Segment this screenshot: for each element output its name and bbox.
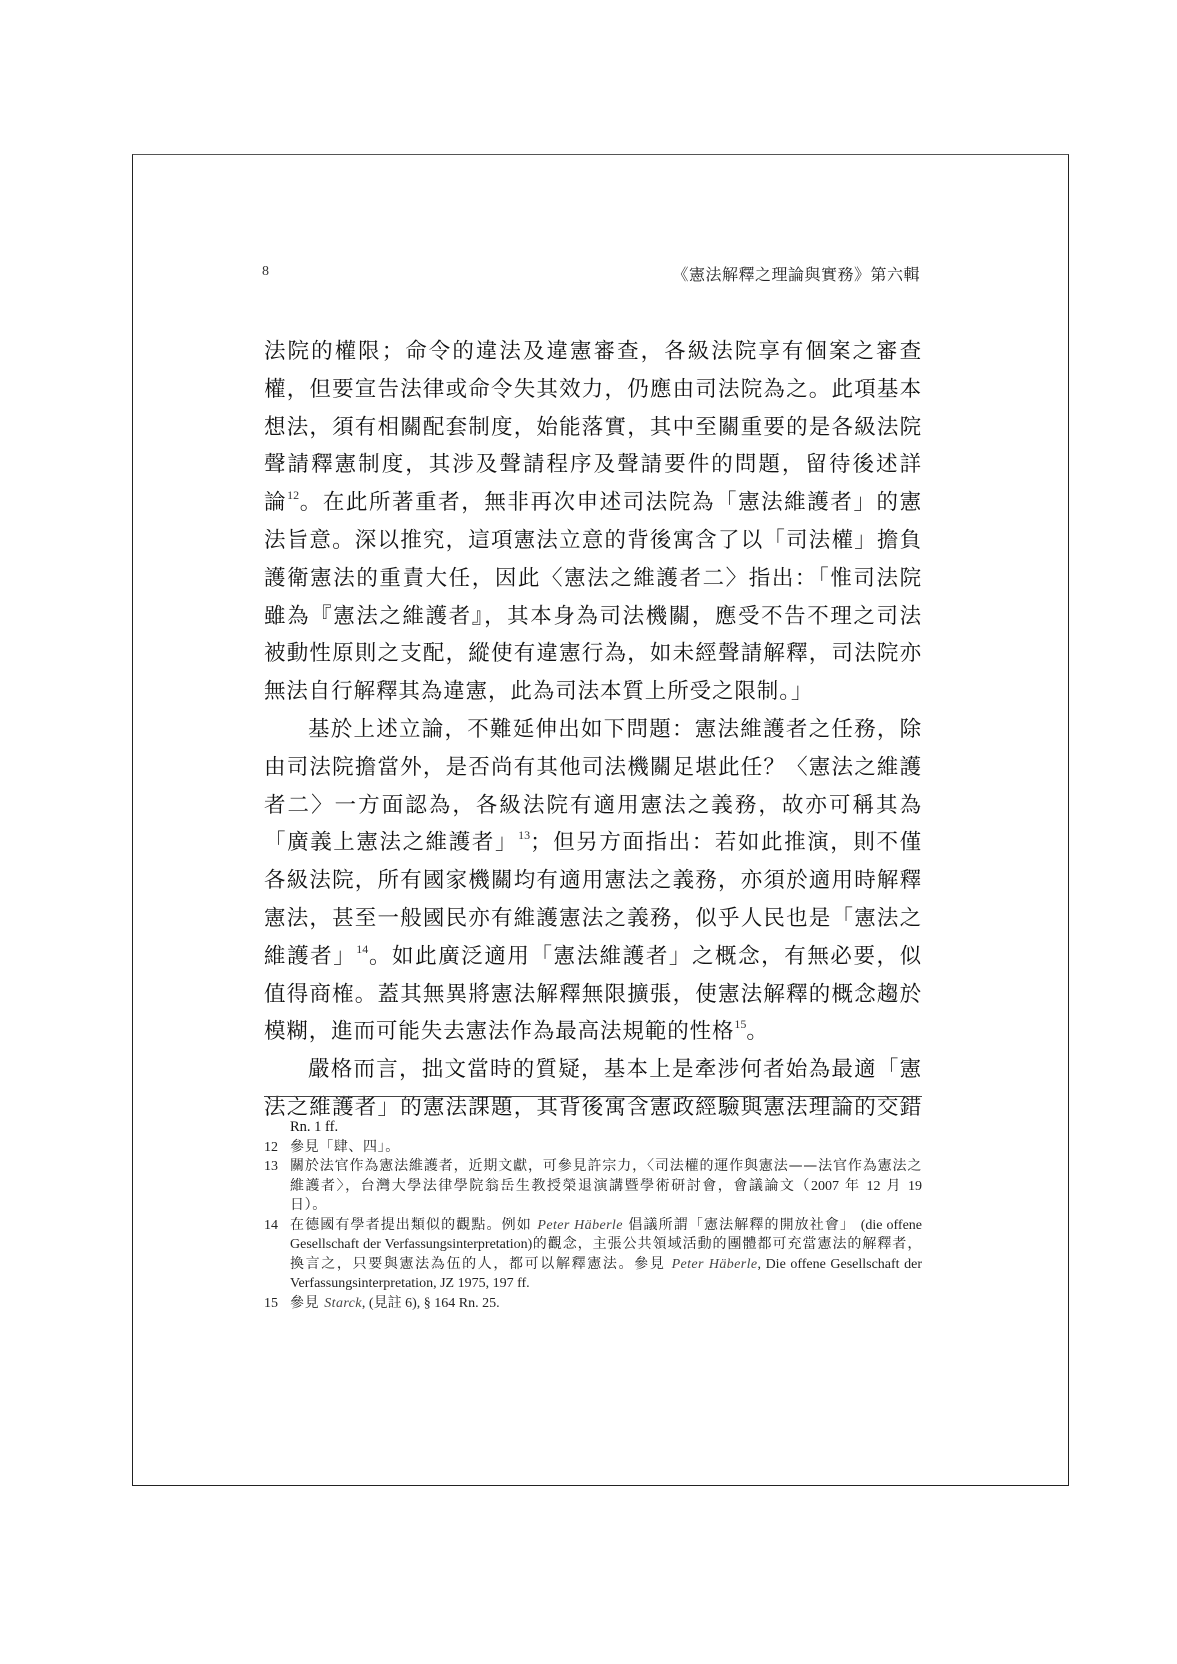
body-line: 憲法，甚至一般國民亦有維護憲法之義務，似乎人民也是「憲法之 bbox=[264, 900, 922, 938]
body-line: 值得商榷。蓋其無異將憲法解釋無限擴張，使憲法解釋的概念趨於 bbox=[264, 976, 922, 1014]
body-text: 法院的權限；命令的違法及違憲審查，各級法院享有個案之審查 權，但要宣告法律或命令… bbox=[264, 333, 922, 1127]
body-line: 論12。在此所著重者，無非再次申述司法院為「憲法維護者」的憲 bbox=[264, 484, 922, 522]
footnote-number: 15 bbox=[264, 1294, 278, 1314]
body-line: 想法，須有相關配套制度，始能落實，其中至關重要的是各級法院 bbox=[264, 409, 922, 447]
footnote-separator bbox=[264, 1096, 922, 1097]
body-line: 權，但要宣告法律或命令失其效力，仍應由司法院為之。此項基本 bbox=[264, 371, 922, 409]
page-header: 8 《憲法解釋之理論與實務》第六輯 bbox=[262, 262, 920, 286]
footnote-13: 13 關於法官作為憲法維護者，近期文獻，可參見許宗力，〈司法權的運作與憲法——法… bbox=[264, 1157, 922, 1216]
body-line: 者二〉一方面認為，各級法院有適用憲法之義務，故亦可稱其為 bbox=[264, 787, 922, 825]
footnote-number: 12 bbox=[264, 1138, 278, 1158]
footnote-number: 13 bbox=[264, 1157, 278, 1177]
body-line: 各級法院，所有國家機關均有適用憲法之義務，亦須於適用時解釋 bbox=[264, 862, 922, 900]
footnote-14: 14 在德國有學者提出類似的觀點。例如 Peter Häberle 倡議所謂「憲… bbox=[264, 1216, 922, 1294]
footnote-12: 12 參見「肆、四」。 bbox=[264, 1138, 922, 1158]
footnote-ref[interactable]: 14 bbox=[356, 942, 368, 956]
body-line: 護衛憲法的重責大任，因此〈憲法之維護者二〉指出：「惟司法院 bbox=[264, 560, 922, 598]
author-name: Peter Häberle bbox=[537, 1218, 622, 1233]
body-line: 維護者」14。如此廣泛適用「憲法維護者」之概念，有無必要，似 bbox=[264, 938, 922, 976]
body-line: 由司法院擔當外，是否尚有其他司法機關足堪此任？〈憲法之維護 bbox=[264, 749, 922, 787]
footnote-text: 參見「肆、四」。 bbox=[290, 1138, 922, 1158]
body-line: 被動性原則之支配，縱使有違憲行為，如未經聲請解釋，司法院亦 bbox=[264, 635, 922, 673]
footnote-text: 參見 Starck, (見註 6), § 164 Rn. 25. bbox=[290, 1294, 922, 1314]
footnote-ref[interactable]: 15 bbox=[734, 1017, 746, 1031]
body-line: 嚴格而言，拙文當時的質疑，基本上是牽涉何者始為最適「憲 bbox=[264, 1051, 922, 1089]
footnote-ref[interactable]: 12 bbox=[287, 488, 299, 502]
footnote-15: 15 參見 Starck, (見註 6), § 164 Rn. 25. bbox=[264, 1294, 922, 1314]
running-title: 《憲法解釋之理論與實務》第六輯 bbox=[672, 262, 920, 285]
body-line: 雖為『憲法之維護者』，其本身為司法機關，應受不告不理之司法 bbox=[264, 598, 922, 636]
author-name: Starck bbox=[324, 1296, 362, 1311]
body-line: 模糊，進而可能失去憲法作為最高法規範的性格15。 bbox=[264, 1013, 922, 1051]
body-line: 基於上述立論，不難延伸出如下問題：憲法維護者之任務，除 bbox=[264, 711, 922, 749]
body-line: 法院的權限；命令的違法及違憲審查，各級法院享有個案之審查 bbox=[264, 333, 922, 371]
footnote-ref[interactable]: 13 bbox=[518, 828, 530, 842]
footnote-number: 14 bbox=[264, 1216, 278, 1236]
body-line: 無法自行解釋其為違憲，此為司法本質上所受之限制。」 bbox=[264, 673, 922, 711]
body-line: 「廣義上憲法之維護者」13；但另方面指出：若如此推演，則不僅 bbox=[264, 824, 922, 862]
footnote-continuation: Rn. 1 ff. bbox=[264, 1118, 922, 1138]
footnotes: Rn. 1 ff. 12 參見「肆、四」。 13 關於法官作為憲法維護者，近期文… bbox=[264, 1118, 922, 1313]
author-name: Peter Häberle bbox=[672, 1257, 758, 1272]
footnote-text: 關於法官作為憲法維護者，近期文獻，可參見許宗力，〈司法權的運作與憲法——法官作為… bbox=[290, 1157, 922, 1216]
footnote-text: 在德國有學者提出類似的觀點。例如 Peter Häberle 倡議所謂「憲法解釋… bbox=[290, 1216, 922, 1294]
page-number: 8 bbox=[262, 264, 269, 280]
body-line: 聲請釋憲制度，其涉及聲請程序及聲請要件的問題，留待後述詳 bbox=[264, 446, 922, 484]
body-line: 法旨意。深以推究，這項憲法立意的背後寓含了以「司法權」擔負 bbox=[264, 522, 922, 560]
